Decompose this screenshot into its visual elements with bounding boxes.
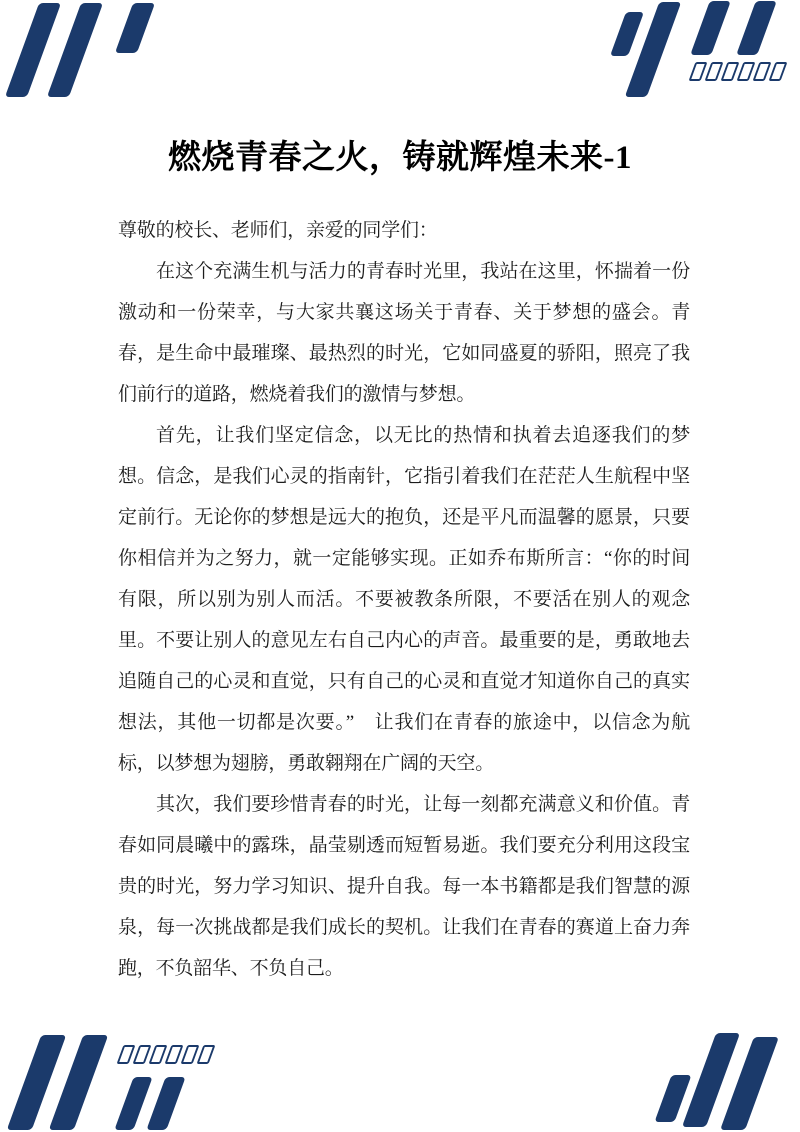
diagonal-stripe-icon (115, 3, 155, 53)
hollow-stripe-icon (197, 1045, 216, 1064)
document-title: 燃烧青春之火，铸就辉煌未来-1 (0, 131, 800, 178)
diagonal-stripe-icon (736, 1, 777, 55)
diagonal-stripe-icon (690, 1, 731, 55)
diagonal-stripe-icon (114, 1077, 152, 1130)
body-paragraph-2: 首先，让我们坚定信念，以无比的热情和执着去追逐我们的梦想。信念，是我们心灵的指南… (118, 415, 690, 784)
greeting-line: 尊敬的校长、老师们，亲爱的同学们： (118, 210, 690, 251)
diagonal-stripe-icon (146, 1077, 185, 1130)
body-paragraph-1: 在这个充满生机与活力的青春时光里，我站在这里，怀揣着一份激动和一份荣幸，与大家共… (118, 251, 690, 415)
hollow-stripe-row (120, 1045, 212, 1064)
hollow-stripe-row (692, 62, 784, 81)
diagonal-stripe-icon (610, 12, 644, 56)
body-paragraph-3: 其次，我们要珍惜青春的时光，让每一刻都充满意义和价值。青春如同晨曦中的露珠，晶莹… (118, 784, 690, 989)
hollow-stripe-icon (769, 62, 788, 81)
document-page: 燃烧青春之火，铸就辉煌未来-1 尊敬的校长、老师们，亲爱的同学们： 在这个充满生… (0, 0, 800, 1132)
document-body: 尊敬的校长、老师们，亲爱的同学们： 在这个充满生机与活力的青春时光里，我站在这里… (118, 210, 690, 989)
